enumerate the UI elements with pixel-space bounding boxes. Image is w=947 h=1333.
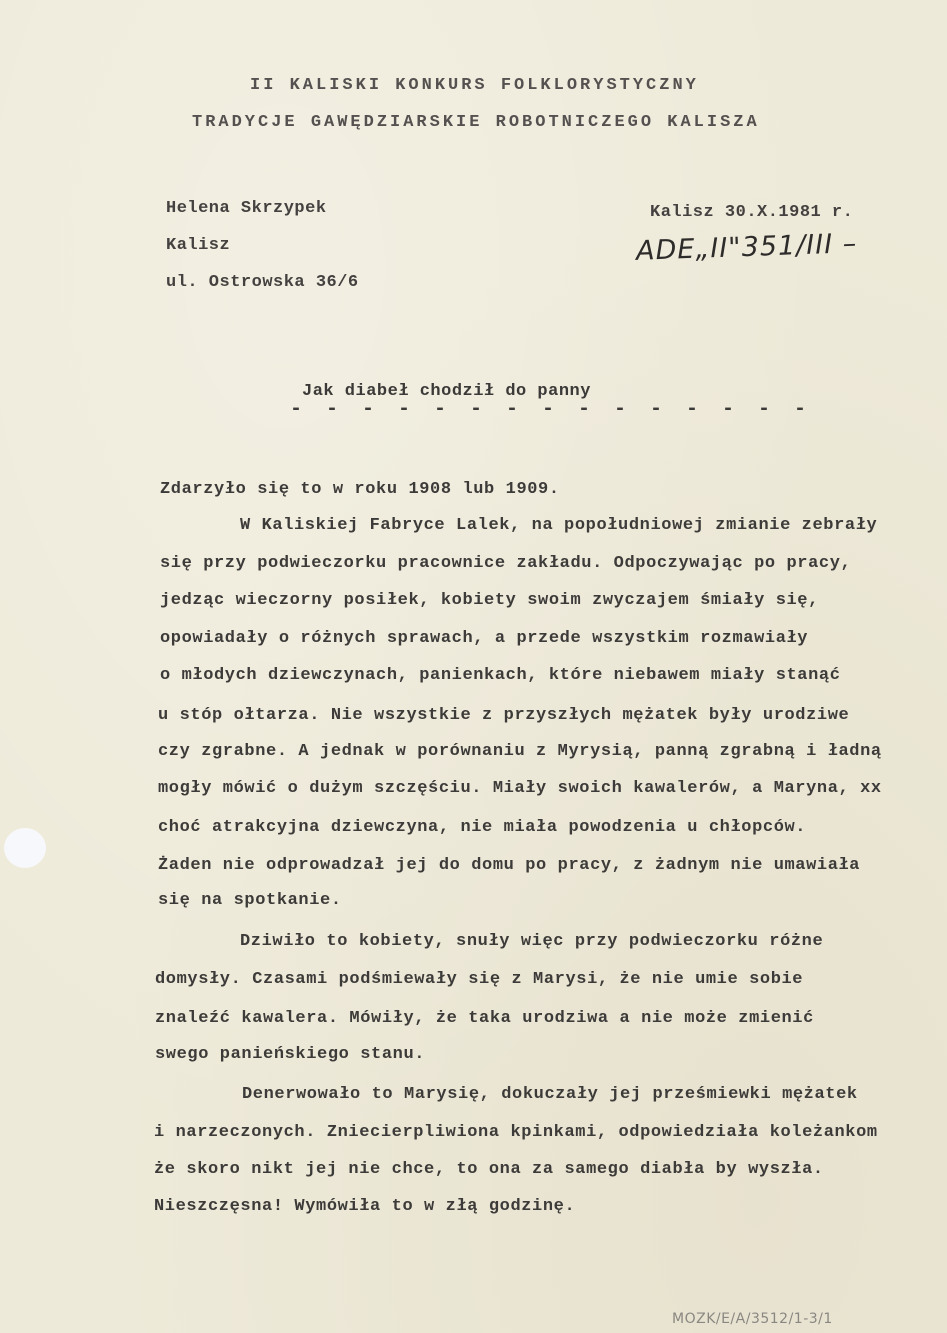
body-line: Denerwowało to Marysię, dokuczały jej pr… [242, 1085, 858, 1104]
title-underline: - - - - - - - - - - - - - - - [290, 398, 812, 421]
body-line: Zdarzyło się to w roku 1908 lub 1909. [160, 480, 560, 499]
body-line: o młodych dziewczynach, panienkach, któr… [160, 666, 841, 685]
author-street: ul. Ostrowska 36/6 [166, 273, 359, 292]
contest-title: II KALISKI KONKURS FOLKLORYSTYCZNY [250, 76, 699, 95]
body-line: W Kaliskiej Fabryce Lalek, na popołudnio… [240, 516, 877, 535]
body-line: opowiadały o różnych sprawach, a przede … [160, 629, 808, 648]
body-line: że skoro nikt jej nie chce, to ona za sa… [154, 1160, 824, 1179]
archive-reference: MOZK/E/A/3512/1-3/1 [672, 1311, 833, 1327]
author-name: Helena Skrzypek [166, 199, 327, 218]
handwritten-catalog-number: ADE„II"351/III – [636, 228, 858, 267]
body-line: choć atrakcyjna dziewczyna, nie miała po… [158, 818, 806, 837]
body-line: Żaden nie odprowadzał jej do domu po pra… [158, 856, 860, 875]
body-line: Nieszczęsna! Wymówiła to w złą godzinę. [154, 1197, 575, 1216]
body-line: Dziwiło to kobiety, snuły więc przy podw… [240, 932, 823, 951]
body-line: jedząc wieczorny posiłek, kobiety swoim … [160, 591, 819, 610]
punch-hole [4, 828, 46, 868]
body-line: mogły mówić o dużym szczęściu. Miały swo… [158, 779, 882, 798]
body-line: się na spotkanie. [158, 891, 342, 910]
body-line: swego panieńskiego stanu. [155, 1045, 425, 1064]
body-line: się przy podwieczorku pracownice zakładu… [160, 554, 851, 573]
body-line: domysły. Czasami podśmiewały się z Marys… [155, 970, 803, 989]
document-page: II KALISKI KONKURS FOLKLORYSTYCZNY TRADY… [0, 0, 947, 1333]
body-line: i narzeczonych. Zniecierpliwiona kpinkam… [154, 1123, 878, 1142]
body-line: u stóp ołtarza. Nie wszystkie z przyszły… [158, 706, 849, 725]
body-line: czy zgrabne. A jednak w porównaniu z Myr… [158, 742, 882, 761]
contest-subtitle: TRADYCJE GAWĘDZIARSKIE ROBOTNICZEGO KALI… [192, 113, 760, 132]
author-city: Kalisz [166, 236, 230, 255]
document-date: Kalisz 30.X.1981 r. [650, 203, 853, 222]
body-line: znaleźć kawalera. Mówiły, że taka urodzi… [155, 1009, 814, 1028]
